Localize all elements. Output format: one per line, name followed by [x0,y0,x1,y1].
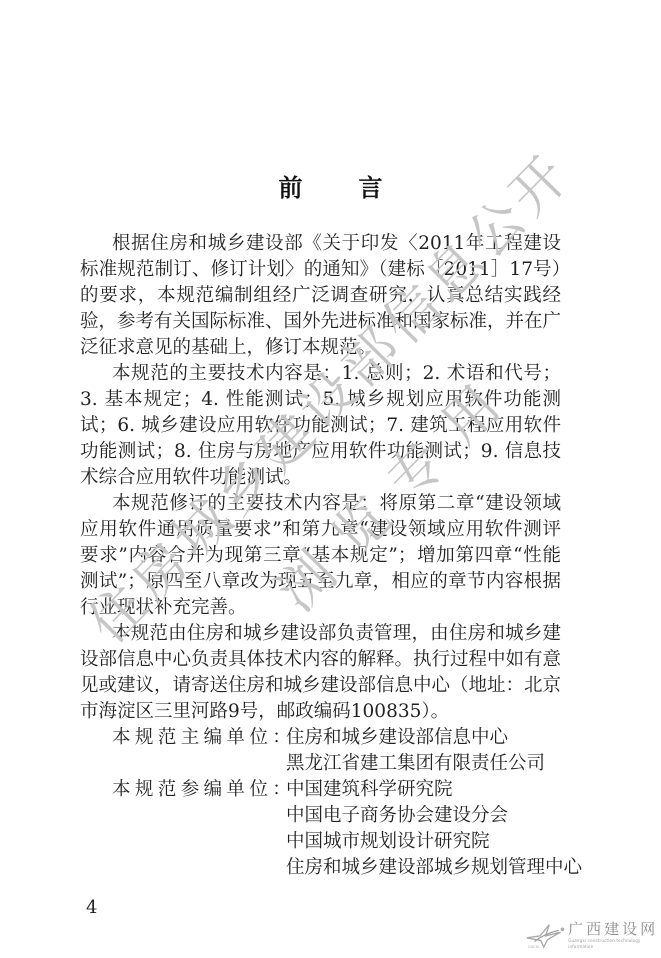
logo-subtitle: Guangxi construction technology informat… [568,938,661,950]
preface-body: 根据住房和城乡建设部《关于印发〈2011年工程建设标准规范制订、修订计划〉的通知… [80,231,561,881]
participating-unit-row: 本规范参编单位： 中国电子商务协会建设分会 [80,803,561,829]
paragraph-main-content: 本规范的主要技术内容是：1. 总则；2. 术语和代号；3. 基本规定；4. 性能… [80,361,561,491]
participating-unit-row: 本规范参编单位： 中国城市规划设计研究院 [80,829,561,855]
participating-unit-name: 住房和城乡建设部城乡规划管理中心 [254,855,582,881]
svg-text:GXCIC: GXCIC [528,945,540,949]
paragraph-revision-content: 本规范修订的主要技术内容是：将原第二章“建设领域应用软件通用质量要求”和第九章“… [80,491,561,621]
logo-name: 广西建设网 [568,920,661,938]
document-page: 前言 根据住房和城乡建设部《关于印发〈2011年工程建设标准规范制订、修订计划〉… [0,0,661,958]
site-logo: GXCIC 广西建设网 Guangxi construction technol… [525,920,661,958]
chief-unit-row: 本规范主编单位： 黑龙江省建工集团有限责任公司 [80,751,561,777]
participating-unit-row: 本规范参编单位： 住房和城乡建设部城乡规划管理中心 [80,855,561,881]
paragraph-basis: 根据住房和城乡建设部《关于印发〈2011年工程建设标准规范制订、修订计划〉的通知… [80,231,561,361]
participating-units-label: 本规范参编单位： [80,777,254,803]
page-number: 4 [86,897,97,918]
chief-unit-name: 住房和城乡建设部信息中心 [254,725,508,751]
title-char-1: 前 [279,168,303,203]
chief-unit-row: 本规范主编单位： 住房和城乡建设部信息中心 [80,725,561,751]
paragraph-management: 本规范由住房和城乡建设部负责管理，由住房和城乡建设部信息中心负责具体技术内容的解… [80,621,561,725]
title-char-2: 言 [359,168,383,203]
chief-unit-name: 黑龙江省建工集团有限责任公司 [254,751,545,777]
logo-text: 广西建设网 Guangxi construction technology in… [568,920,661,950]
participating-unit-name: 中国电子商务协会建设分会 [254,803,508,829]
organizations-list: 本规范主编单位： 住房和城乡建设部信息中心 本规范主编单位： 黑龙江省建工集团有… [80,725,561,881]
star-logo-icon: GXCIC [525,920,566,950]
page-title: 前言 [0,168,661,203]
participating-unit-name: 中国城市规划设计研究院 [254,829,490,855]
participating-unit-row: 本规范参编单位： 中国建筑科学研究院 [80,777,561,803]
chief-units-label: 本规范主编单位： [80,725,254,751]
participating-unit-name: 中国建筑科学研究院 [254,777,453,803]
